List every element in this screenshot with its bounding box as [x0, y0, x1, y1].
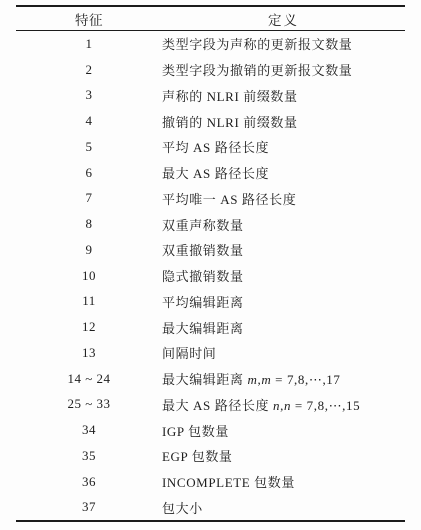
table-row: 4撤销的 NLRI 前缀数量: [16, 108, 405, 134]
definition-cell: IGP 包数量: [162, 421, 405, 440]
feature-cell: 7: [16, 190, 162, 206]
definition-cell: 间隔时间: [162, 343, 405, 362]
table-row: 35EGP 包数量: [16, 443, 405, 469]
feature-cell: 36: [16, 474, 162, 490]
definition-cell: 包大小: [162, 498, 405, 517]
table-row: 14 ~ 24最大编辑距离 m,m = 7,8,⋯,17: [16, 366, 405, 392]
definition-cell: 类型字段为声称的更新报文数量: [162, 34, 405, 53]
feature-cell: 1: [16, 36, 162, 52]
feature-cell: 13: [16, 345, 162, 361]
table-row: 5平均 AS 路径长度: [16, 134, 405, 160]
table-body: 1类型字段为声称的更新报文数量2类型字段为撤销的更新报文数量3声称的 NLRI …: [16, 31, 405, 520]
definition-cell: 最大 AS 路径长度 n,n = 7,8,⋯,15: [162, 395, 405, 414]
feature-cell: 12: [16, 319, 162, 335]
feature-cell: 8: [16, 216, 162, 232]
definition-cell: 双重声称数量: [162, 215, 405, 234]
feature-cell: 11: [16, 293, 162, 309]
definition-cell: 撤销的 NLRI 前缀数量: [162, 112, 405, 131]
definition-cell: INCOMPLETE 包数量: [162, 472, 405, 491]
table-row: 12最大编辑距离: [16, 314, 405, 340]
definition-cell: 平均唯一 AS 路径长度: [162, 189, 405, 208]
table-header-row: 特征 定义: [16, 7, 405, 31]
definition-cell: 双重撤销数量: [162, 240, 405, 259]
definition-cell: 类型字段为撤销的更新报文数量: [162, 60, 405, 79]
feature-cell: 9: [16, 242, 162, 258]
table-row: 36INCOMPLETE 包数量: [16, 469, 405, 495]
feature-cell: 34: [16, 422, 162, 438]
definition-cell: 平均 AS 路径长度: [162, 137, 405, 156]
feature-cell: 3: [16, 87, 162, 103]
table-row: 1类型字段为声称的更新报文数量: [16, 31, 405, 57]
table-row: 7平均唯一 AS 路径长度: [16, 186, 405, 212]
definition-cell: 声称的 NLRI 前缀数量: [162, 86, 405, 105]
table-row: 25 ~ 33最大 AS 路径长度 n,n = 7,8,⋯,15: [16, 392, 405, 418]
column-header-feature: 特征: [16, 9, 162, 29]
feature-definition-table: 特征 定义 1类型字段为声称的更新报文数量2类型字段为撤销的更新报文数量3声称的…: [16, 5, 405, 522]
definition-cell: 最大 AS 路径长度: [162, 163, 405, 182]
definition-cell: 最大编辑距离 m,m = 7,8,⋯,17: [162, 369, 405, 388]
feature-cell: 37: [16, 499, 162, 515]
feature-cell: 10: [16, 268, 162, 284]
table-row: 9双重撤销数量: [16, 237, 405, 263]
table-row: 13间隔时间: [16, 340, 405, 366]
feature-cell: 25 ~ 33: [16, 396, 162, 412]
table-row: 6最大 AS 路径长度: [16, 160, 405, 186]
feature-cell: 35: [16, 448, 162, 464]
column-header-definition: 定义: [162, 9, 405, 29]
feature-cell: 4: [16, 113, 162, 129]
table-row: 37包大小: [16, 495, 405, 521]
table-row: 11平均编辑距离: [16, 289, 405, 315]
definition-cell: 平均编辑距离: [162, 292, 405, 311]
definition-cell: 最大编辑距离: [162, 318, 405, 337]
feature-cell: 5: [16, 139, 162, 155]
table-row: 10隐式撤销数量: [16, 263, 405, 289]
feature-cell: 2: [16, 62, 162, 78]
definition-cell: 隐式撤销数量: [162, 266, 405, 285]
table-row: 8双重声称数量: [16, 211, 405, 237]
table-row: 34IGP 包数量: [16, 417, 405, 443]
table-row: 3声称的 NLRI 前缀数量: [16, 83, 405, 109]
table-row: 2类型字段为撤销的更新报文数量: [16, 57, 405, 83]
definition-cell: EGP 包数量: [162, 446, 405, 465]
feature-cell: 6: [16, 165, 162, 181]
feature-cell: 14 ~ 24: [16, 371, 162, 387]
